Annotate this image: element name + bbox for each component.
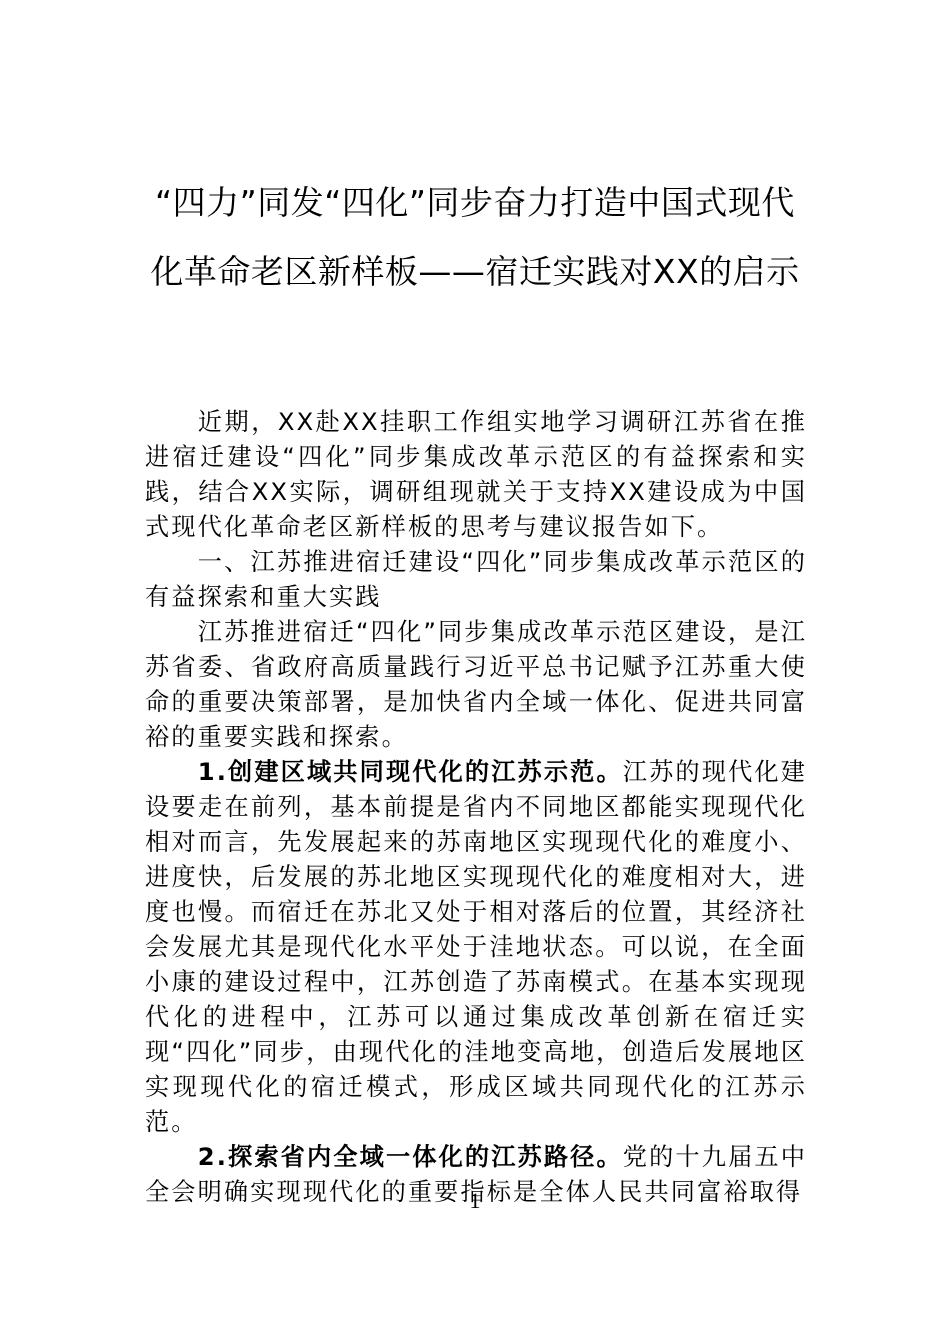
document-page: “四力”同发“四化”同步奋力打造中国式现代化革命老区新样板——宿迁实践对XX的启… [0, 0, 950, 1344]
document-body: 近期，XX赴XX挂职工作组实地学习调研江苏省在推进宿迁建设“四化”同步集成改革示… [145, 405, 807, 1210]
document-title: “四力”同发“四化”同步奋力打造中国式现代化革命老区新样板——宿迁实践对XX的启… [140, 168, 810, 306]
paragraph-point-1: 1.创建区域共同现代化的江苏示范。江苏的现代化建设要走在前列，基本前提是省内不同… [145, 755, 807, 1140]
section-heading-1: 一、江苏推进宿迁建设“四化”同步集成改革示范区的有益探索和重大实践 [145, 545, 807, 615]
paragraph-intro: 近期，XX赴XX挂职工作组实地学习调研江苏省在推进宿迁建设“四化”同步集成改革示… [145, 405, 807, 545]
paragraph-text: 江苏的现代化建设要走在前列，基本前提是省内不同地区都能实现现代化相对而言，先发展… [145, 758, 807, 1136]
point-heading: 1.创建区域共同现代化的江苏示范。 [198, 758, 623, 786]
page-number: 1 [0, 1188, 950, 1214]
section-heading-text: 一、江苏推进宿迁建设“四化”同步集成改革示范区的有益探索和重大实践 [145, 548, 807, 611]
paragraph-text: 江苏推进宿迁“四化”同步集成改革示范区建设，是江苏省委、省政府高质量践行习近平总… [145, 618, 807, 751]
paragraph-section-intro: 江苏推进宿迁“四化”同步集成改革示范区建设，是江苏省委、省政府高质量践行习近平总… [145, 615, 807, 755]
paragraph-text: 近期，XX赴XX挂职工作组实地学习调研江苏省在推进宿迁建设“四化”同步集成改革示… [145, 408, 807, 541]
point-heading: 2.探索省内全域一体化的江苏路径。 [198, 1143, 623, 1171]
